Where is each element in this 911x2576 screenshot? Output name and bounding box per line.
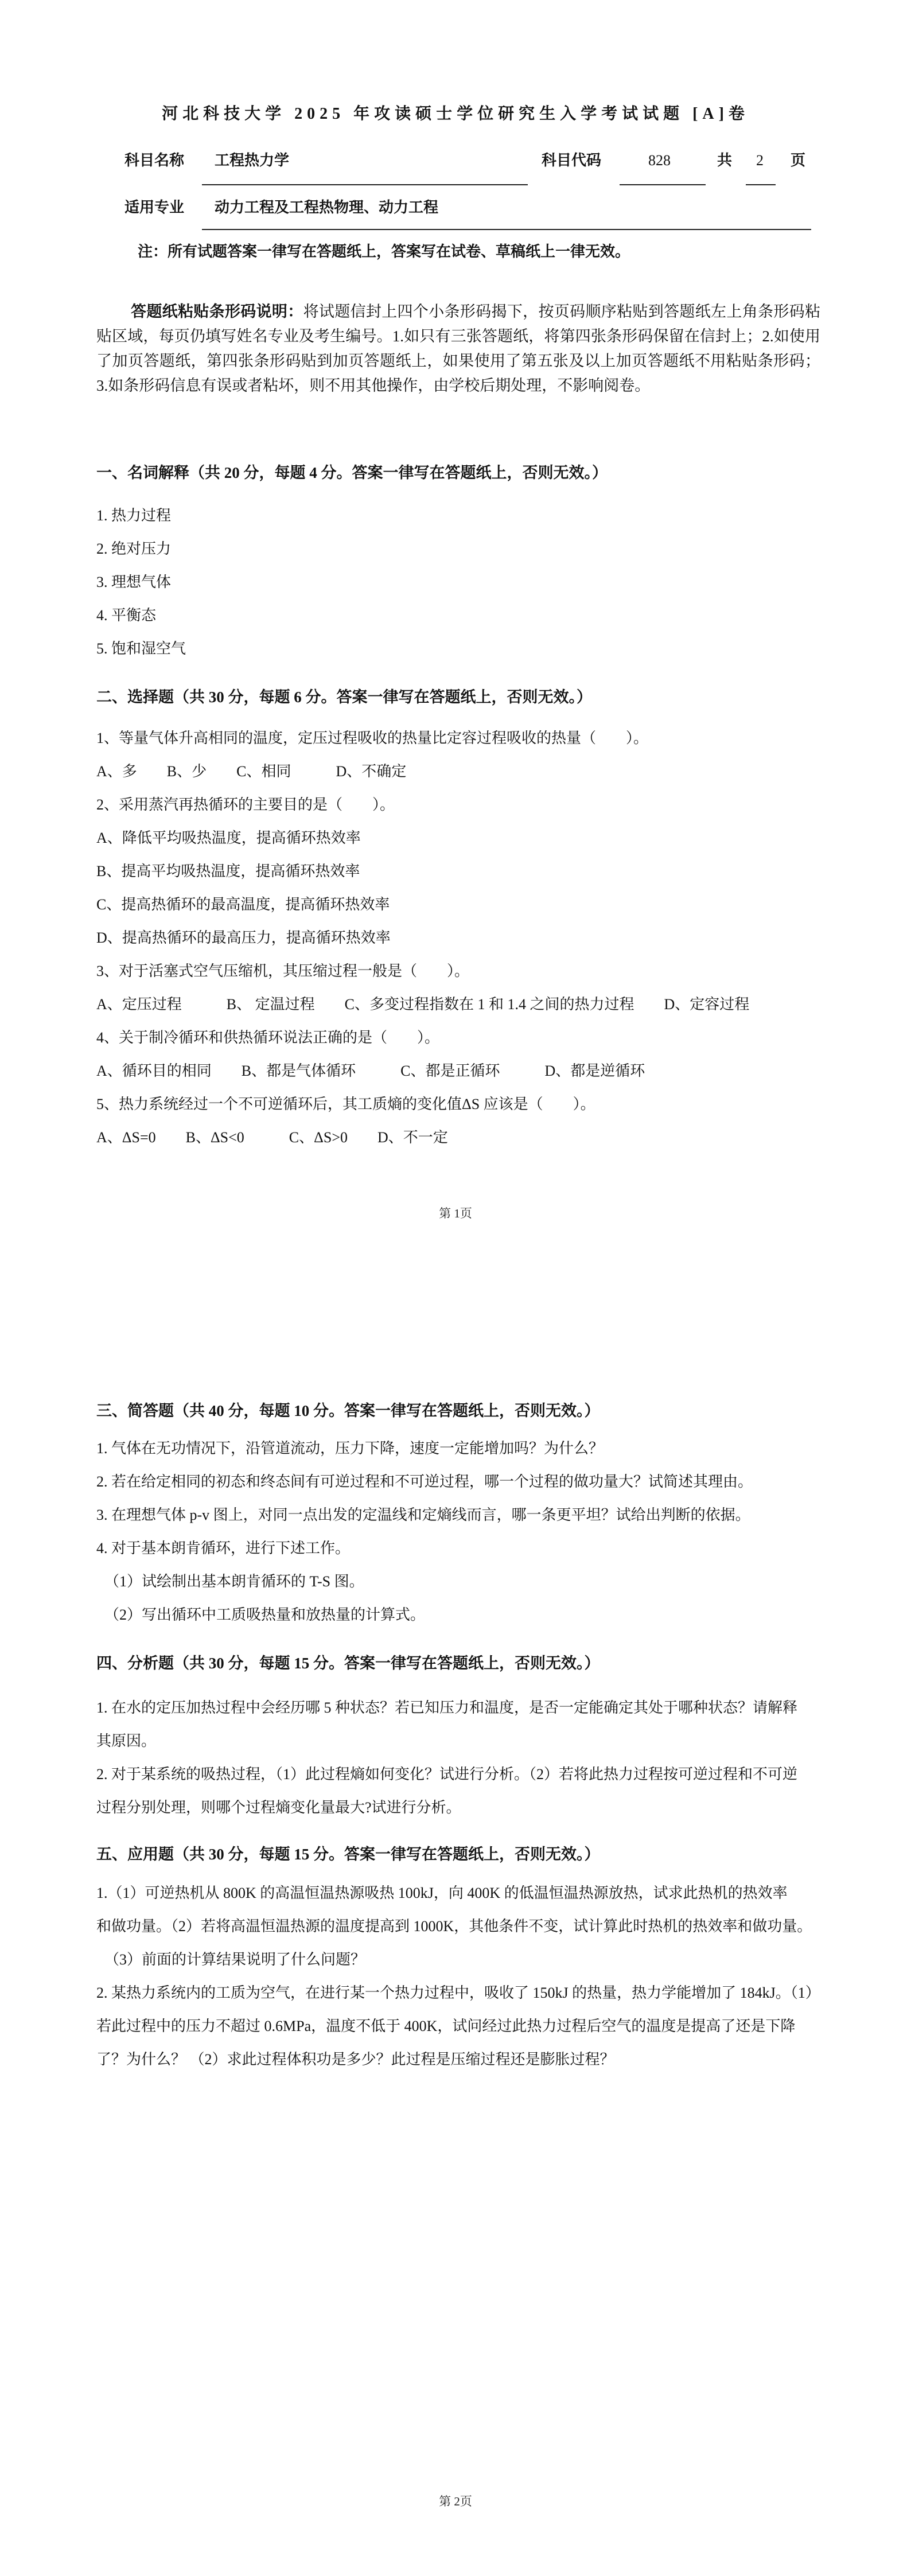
subject-code-label: 科目代码: [542, 153, 601, 169]
subject-code-underline: [620, 184, 706, 185]
text-line: A、定压过程 B、 定温过程 C、多变过程指数在 1 和 1.4 之间的热力过程…: [96, 988, 848, 1021]
total-pages-prefix: 共: [717, 153, 732, 169]
total-pages-value: 2: [756, 153, 764, 169]
text-line: 4. 平衡态: [96, 599, 848, 632]
major-underline: [202, 229, 811, 230]
total-pages-suffix: 页: [791, 153, 805, 169]
section-3-items: 1. 气体在无功情况下，沿管道流动，压力下降，速度一定能增加吗？为什么？2. 若…: [96, 1432, 848, 1632]
text-line: A、多 B、少 C、相同 D、不确定: [96, 755, 848, 788]
text-line: （3）前面的计算结果说明了什么问题？: [96, 1943, 848, 1976]
page-1-footer: 第 1页: [0, 1207, 911, 1221]
text-line: 3. 理想气体: [96, 566, 848, 599]
page-2-footer: 第 2页: [0, 2495, 911, 2509]
text-line: 2. 绝对压力: [96, 532, 848, 566]
subject-name-value: 工程热力学: [215, 153, 289, 169]
text-line: 1.（1）可逆热机从 800K 的高温恒温热源吸热 100kJ，向 400K 的…: [96, 1877, 848, 1910]
section-4-items: 1. 在水的定压加热过程中会经历哪 5 种状态？若已知压力和温度，是否一定能确定…: [96, 1691, 848, 1824]
text-line: 4、关于制冷循环和供热循环说法正确的是（ ）。: [96, 1021, 848, 1054]
section-2-title: 二、选择题（共 30 分，每题 6 分。答案一律写在答题纸上，否则无效。）: [96, 689, 592, 706]
answer-sheet-note: 注：所有试题答案一律写在答题纸上，答案写在试卷、草稿纸上一律无效。: [138, 243, 630, 260]
text-line: 2. 某热力系统内的工质为空气，在进行某一个热力过程中，吸收了 150kJ 的热…: [96, 1976, 848, 2010]
text-line: （2）写出循环中工质吸热量和放热量的计算式。: [96, 1598, 848, 1632]
subject-code-value: 828: [648, 153, 671, 169]
total-pages-underline: [746, 184, 776, 185]
text-line: 2. 对于某系统的吸热过程，（1）此过程熵如何变化？试进行分析。（2）若将此热力…: [96, 1758, 848, 1791]
text-line: D、提高热循环的最高压力，提高循环热效率: [96, 921, 848, 955]
section-5-title: 五、应用题（共 30 分，每题 15 分。答案一律写在答题纸上，否则无效。）: [96, 1846, 600, 1863]
text-line: 了？为什么？ （2）求此过程体积功是多少？此过程是压缩过程还是膨胀过程？: [96, 2043, 848, 2076]
text-line: 若此过程中的压力不超过 0.6MPa，温度不低于 400K，试问经过此热力过程后…: [96, 2010, 848, 2043]
section-1-title: 一、名词解释（共 20 分，每题 4 分。答案一律写在答题纸上，否则无效。）: [96, 465, 608, 482]
text-line: 1、等量气体升高相同的温度，定压过程吸收的热量比定容过程吸收的热量（ ）。: [96, 722, 848, 755]
text-line: C、提高热循环的最高温度，提高循环热效率: [96, 888, 848, 921]
text-line: 2. 若在给定相同的初态和终态间有可逆过程和不可逆过程，哪一个过程的做功量大？试…: [96, 1465, 848, 1499]
section-3-title: 三、简答题（共 40 分，每题 10 分。答案一律写在答题纸上，否则无效。）: [96, 1403, 600, 1420]
text-line: 1. 气体在无功情况下，沿管道流动，压力下降，速度一定能增加吗？为什么？: [96, 1432, 848, 1465]
text-line: 2、采用蒸汽再热循环的主要目的是（ ）。: [96, 788, 848, 822]
section-2-items: 1、等量气体升高相同的温度，定压过程吸收的热量比定容过程吸收的热量（ ）。A、多…: [96, 722, 848, 1154]
text-line: 3. 在理想气体 p-v 图上，对同一点出发的定温线和定熵线而言，哪一条更平坦？…: [96, 1499, 848, 1532]
section-1-items: 1. 热力过程2. 绝对压力3. 理想气体4. 平衡态5. 饱和湿空气: [96, 499, 848, 666]
major-label: 适用专业: [124, 200, 184, 216]
text-line: 5、热力系统经过一个不可逆循环后，其工质熵的变化值ΔS 应该是（ ）。: [96, 1088, 848, 1121]
text-line: 4. 对于基本朗肯循环，进行下述工作。: [96, 1532, 848, 1565]
text-line: 和做功量。（2）若将高温恒温热源的温度提高到 1000K，其他条件不变，试计算此…: [96, 1910, 848, 1943]
barcode-instructions: 答题纸粘贴条形码说明：将试题信封上四个小条形码揭下，按页码顺序粘贴到答题纸左上角…: [96, 299, 820, 398]
subject-name-label: 科目名称: [124, 153, 184, 169]
text-line: 3、对于活塞式空气压缩机，其压缩过程一般是（ ）。: [96, 955, 848, 988]
text-line: 其原因。: [96, 1725, 848, 1758]
text-line: A、ΔS=0 B、ΔS<0 C、ΔS>0 D、不一定: [96, 1121, 848, 1154]
barcode-instructions-label: 答题纸粘贴条形码说明：: [131, 303, 303, 320]
text-line: 5. 饱和湿空气: [96, 632, 848, 666]
section-4-title: 四、分析题（共 30 分，每题 15 分。答案一律写在答题纸上，否则无效。）: [96, 1655, 600, 1672]
subject-name-underline: [202, 184, 528, 185]
text-line: 1. 在水的定压加热过程中会经历哪 5 种状态？若已知压力和温度，是否一定能确定…: [96, 1691, 848, 1725]
exam-paper-scan: { "document": { "title": "河北科技大学 2025 年攻…: [0, 0, 911, 2576]
text-line: B、提高平均吸热温度，提高循环热效率: [96, 855, 848, 888]
section-5-items: 1.（1）可逆热机从 800K 的高温恒温热源吸热 100kJ，向 400K 的…: [96, 1877, 848, 2076]
text-line: 过程分别处理，则哪个过程熵变化量最大?试进行分析。: [96, 1791, 848, 1824]
exam-title: 河北科技大学 2025 年攻读硕士学位研究生入学考试试题 [A]卷: [0, 106, 911, 123]
text-line: A、降低平均吸热温度，提高循环热效率: [96, 822, 848, 855]
text-line: （1）试绘制出基本朗肯循环的 T-S 图。: [96, 1565, 848, 1598]
major-value: 动力工程及工程热物理、动力工程: [215, 200, 438, 216]
text-line: 1. 热力过程: [96, 499, 848, 532]
text-line: A、循环目的相同 B、都是气体循环 C、都是正循环 D、都是逆循环: [96, 1054, 848, 1088]
